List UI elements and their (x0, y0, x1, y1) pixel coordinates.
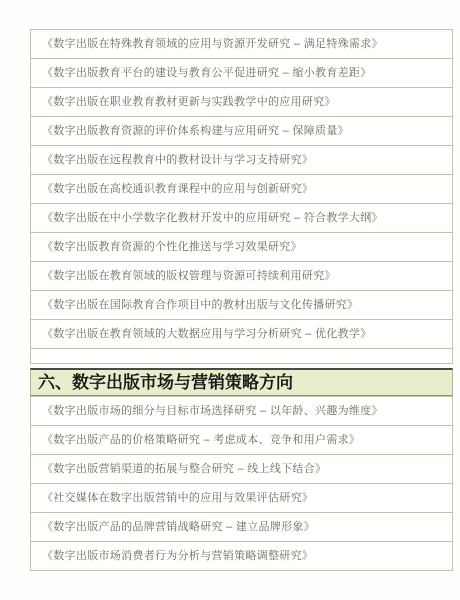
topic-row: 《数字出版产品的价格策略研究 – 考虑成本、竞争和用户需求》 (31, 425, 452, 454)
topic-row: 《数字出版在高校通识教育课程中的应用与创新研究》 (31, 174, 452, 203)
topic-row: 《数字出版在特殊教育领域的应用与资源开发研究 – 满足特殊需求》 (31, 30, 452, 58)
empty-row (31, 348, 452, 363)
section-heading-market-strategy: 六、数字出版市场与营销策略方向 (30, 368, 453, 396)
document-page: 《数字出版在特殊教育领域的应用与资源开发研究 – 满足特殊需求》 《数字出版教育… (0, 0, 460, 600)
topic-row: 《数字出版教育平台的建设与教育公平促进研究 – 缩小教育差距》 (31, 58, 452, 87)
topic-row: 《数字出版在国际教育合作项目中的教材出版与文化传播研究》 (31, 290, 452, 319)
topic-row: 《数字出版市场消费者行为分析与营销策略调整研究》 (31, 541, 452, 570)
topic-row: 《数字出版教育资源的评价体系构建与应用研究 – 保障质量》 (31, 116, 452, 145)
topic-row: 《数字出版营销渠道的拓展与整合研究 – 线上线下结合》 (31, 454, 452, 483)
topic-row: 《数字出版在中小学数字化教材开发中的应用研究 – 符合教学大纲》 (31, 203, 452, 232)
topic-row: 《数字出版市场的细分与目标市场选择研究 – 以年龄、兴趣为维度》 (31, 397, 452, 425)
market-topics-table: 《数字出版市场的细分与目标市场选择研究 – 以年龄、兴趣为维度》 《数字出版产品… (30, 396, 453, 571)
topic-row: 《社交媒体在数字出版营销中的应用与效果评估研究》 (31, 483, 452, 512)
topic-row: 《数字出版产品的品牌营销战略研究 – 建立品牌形象》 (31, 512, 452, 541)
topic-row: 《数字出版教育资源的个性化推送与学习效果研究》 (31, 232, 452, 261)
topic-row: 《数字出版在远程教育中的教材设计与学习支持研究》 (31, 145, 452, 174)
topic-row: 《数字出版在教育领域的版权管理与资源可持续利用研究》 (31, 261, 452, 290)
topic-list-document: 《数字出版在特殊教育领域的应用与资源开发研究 – 满足特殊需求》 《数字出版教育… (30, 29, 453, 571)
topic-row: 《数字出版在职业教育教材更新与实践教学中的应用研究》 (31, 87, 452, 116)
education-topics-table: 《数字出版在特殊教育领域的应用与资源开发研究 – 满足特殊需求》 《数字出版教育… (30, 29, 453, 364)
topic-row: 《数字出版在教育领域的大数据应用与学习分析研究 – 优化教学》 (31, 319, 452, 348)
